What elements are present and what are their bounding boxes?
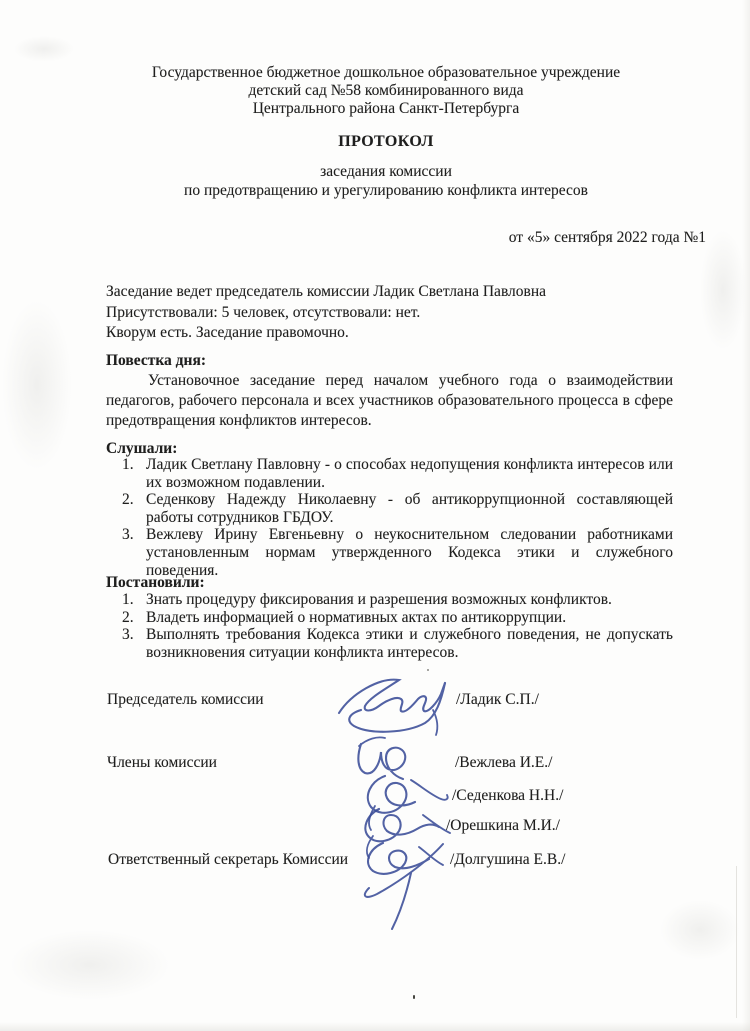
org-line-2: детский сад №58 комбинированного вида: [40, 82, 732, 100]
heard-list: Ладик Светлану Павловну - о способах нед…: [121, 456, 673, 579]
scan-smudge: [660, 900, 740, 960]
date-line: от «5» сентября 2022 года №1: [509, 228, 706, 249]
scan-edge-shadow: [742, 0, 750, 1031]
subtitle-line-2: по предотвращению и урегулированию конфл…: [40, 181, 732, 200]
scan-smudge: [10, 930, 170, 1000]
resolved-item-1: Знать процедуру фиксирования и разрешени…: [121, 591, 673, 609]
chairman-role-label: Председатель комиссии: [107, 690, 264, 711]
resolved-item-3: Выполнять требования Кодекса этики и слу…: [121, 626, 673, 661]
scan-smudge: [14, 36, 74, 62]
org-line-3: Центрального района Санкт-Петербурга: [40, 100, 732, 118]
heard-item-1: Ладик Светлану Павловну - о способах нед…: [121, 456, 673, 491]
scan-edge-shadow: [0, 1022, 750, 1031]
scan-edge-line: [736, 866, 737, 1018]
heard-item-2: Седенкову Надежду Николаевну - об антико…: [121, 491, 673, 526]
resolved-list: Знать процедуру фиксирования и разрешени…: [121, 591, 673, 661]
document-page: Государственное бюджетное дошкольное обр…: [0, 0, 750, 1031]
scan-speck: [413, 995, 415, 999]
intro-line-2: Присутствовали: 5 человек, отсутствовали…: [106, 303, 675, 324]
signature-vezhleva: [358, 737, 405, 779]
signatures-svg: [315, 666, 487, 938]
signature-sedenkova: [368, 776, 448, 830]
members-role-label: Члены комиссии: [107, 753, 217, 774]
org-header: Государственное бюджетное дошкольное обр…: [40, 64, 732, 118]
secretary-role-label: Ответственный секретарь Комиссии: [108, 850, 348, 871]
agenda-heading: Повестка дня:: [106, 351, 206, 372]
intro-paragraph: Заседание ведет председатель комиссии Ла…: [106, 282, 675, 344]
resolved-item-2: Владеть информацией о нормативных актах …: [121, 609, 673, 627]
document-subtitle: заседания комиссии по предотвращению и у…: [40, 162, 732, 200]
org-line-1: Государственное бюджетное дошкольное обр…: [40, 64, 732, 82]
heard-item-3: Вежлеву Ирину Евгеньевну о неукоснительн…: [121, 526, 673, 579]
scan-speck: [427, 669, 429, 671]
intro-line-1: Заседание ведет председатель комиссии Ла…: [106, 282, 675, 303]
agenda-text: Установочное заседание перед началом уче…: [106, 371, 673, 431]
intro-line-3: Кворум есть. Заседание правомочно.: [106, 323, 675, 344]
scan-smudge: [2, 300, 72, 470]
signature-ladik: [339, 680, 445, 735]
scan-smudge: [700, 230, 746, 350]
scanned-protocol-document: { "document": { "header": { "org_lines":…: [0, 0, 750, 1031]
document-title: ПРОТОКОЛ: [40, 132, 732, 153]
subtitle-line-1: заседания комиссии: [40, 162, 732, 181]
signature-dolgushina: [365, 843, 443, 929]
